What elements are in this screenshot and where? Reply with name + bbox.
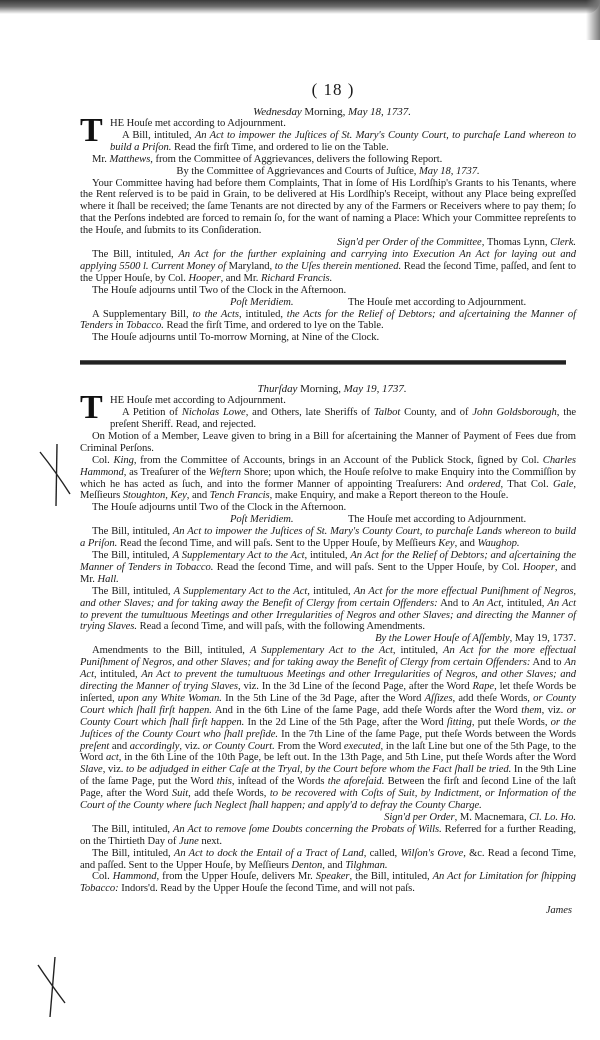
entry-matthews-report: Mr. Matthews, from the Committee of Aggr… (80, 154, 576, 166)
post-meridiem-label: Poſt Meridiem. (230, 514, 348, 526)
post-meridiem-label: Poſt Meridiem. (230, 297, 348, 309)
journal-page: ( 18 ) Wednesday Morning, May 18, 1737. … (80, 80, 576, 917)
post-meridiem-text: The Houſe met according to Adjournment. (348, 297, 526, 309)
entry-motion-fees: On Motion of a Member, Leave given to br… (80, 431, 576, 455)
amendments-text: Amendments to the Bill, intituled, A Sup… (80, 645, 576, 812)
entry-publick-stock: Col. King, from the Committee of Account… (80, 455, 576, 503)
post-meridiem-line: Poſt Meridiem. The Houſe met according t… (80, 297, 576, 309)
drop-cap: T (80, 117, 103, 145)
post-meridiem-line: Poſt Meridiem. The Houſe met according t… (80, 514, 576, 526)
entry-bill-slaves: The Bill, intituled, A Supplementary Act… (80, 586, 576, 634)
heading-morning: Morning, (297, 383, 343, 395)
drop-cap: T (80, 394, 103, 422)
committee-heading: By the Committee of Aggrievances and Cou… (80, 166, 576, 178)
entry-petition-lowe: A Petition of Nicholas Lowe, and Others,… (110, 407, 576, 431)
entry-bill-5500: The Bill, intituled, An Act for the furt… (80, 249, 576, 285)
entry-supplementary-bill: A Supplementary Bill, to the Acts, intit… (80, 309, 576, 333)
heading-morning: Morning, (302, 106, 348, 118)
heading-date: May 19, 1737. (344, 383, 407, 395)
section-divider (80, 360, 566, 365)
committee-report: Your Committee having had before them Co… (80, 178, 576, 238)
scan-edge-corner (586, 0, 600, 40)
entry-adjourn-afternoon: The Houſe adjourns until Two of the Cloc… (80, 285, 576, 297)
opening-paragraph: T HE Houſe met according to Adjournment.… (80, 118, 576, 154)
day-heading-wednesday: Wednesday Morning, May 18, 1737. (88, 106, 576, 118)
heading-day: Wednesday (253, 106, 302, 118)
page-number: ( 18 ) (90, 80, 576, 100)
entry-bill-prison-second: The Bill, intituled, An Act to impower t… (80, 526, 576, 550)
entry-adjourn-tomorrow: The Houſe adjourns until To-morrow Morni… (80, 332, 576, 344)
margin-x-mark-icon (38, 440, 78, 510)
amendments-signature: Sign'd per Order, M. Macnemara, Cl. Lo. … (80, 812, 576, 824)
catchword: James (80, 905, 576, 917)
entry-bill-prison: A Bill, intituled, An Act to impower the… (110, 130, 576, 154)
entry-bill-entail: The Bill, intituled, An Act to dock the … (80, 848, 576, 872)
day-heading-thursday: Thurſday Morning, May 19, 1737. (88, 383, 576, 395)
margin-x-mark-icon (36, 955, 72, 1021)
opening-line: HE Houſe met according to Adjournment. (110, 118, 576, 130)
entry-adjourn-afternoon: The Houſe adjourns until Two of the Cloc… (80, 502, 576, 514)
lower-house-heading: By the Lower Houſe of Aſſembly, May 19, … (80, 633, 576, 645)
heading-date: May 18, 1737. (348, 106, 411, 118)
committee-signature: Sign'd per Order of the Committee, Thoma… (80, 237, 576, 249)
entry-bill-probats: The Bill, intituled, An Act to remove ſo… (80, 824, 576, 848)
post-meridiem-text: The Houſe met according to Adjournment. (348, 514, 526, 526)
opening-line: HE Houſe met according to Adjournment. (110, 395, 576, 407)
scan-edge-top (0, 0, 600, 14)
entry-hammond-tobacco: Col. Hammond, from the Upper Houſe, deli… (80, 871, 576, 895)
opening-paragraph: T HE Houſe met according to Adjournment.… (80, 395, 576, 431)
entry-bill-debtors: The Bill, intituled, A Supplementary Act… (80, 550, 576, 586)
heading-day: Thurſday (257, 383, 297, 395)
